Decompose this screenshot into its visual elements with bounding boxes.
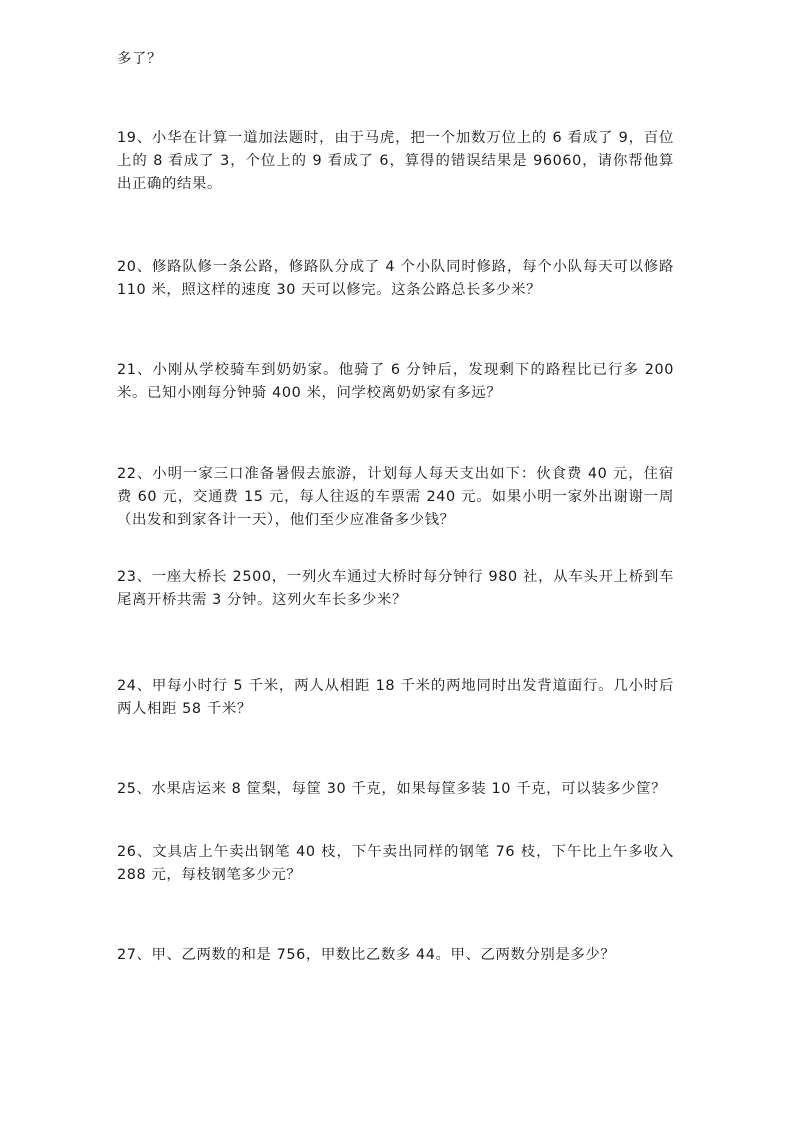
question-20: 20、修路队修一条公路，修路队分成了 4 个小队同时修路，每个小队每天可以修路 … — [117, 256, 674, 302]
question-26: 26、文具店上午卖出钢笔 40 枝，下午卖出同样的钢笔 76 枝，下午比上午多收… — [117, 841, 674, 887]
question-25: 25、水果店运来 8 筐梨，每筐 30 千克，如果每筐多装 10 千克，可以装多… — [117, 778, 674, 801]
question-24: 24、甲每小时行 5 千米，两人从相距 18 千米的两地同时出发背道面行。几小时… — [117, 675, 674, 721]
document-page: 多了？ 19、小华在计算一道加法题时，由于马虎，把一个加数万位上的 6 看成了 … — [0, 0, 793, 1122]
continuation-text: 多了？ — [117, 48, 674, 71]
question-21: 21、小刚从学校骑车到奶奶家。他骑了 6 分钟后，发现剩下的路程比已行多 200… — [117, 359, 674, 405]
question-27: 27、甲、乙两数的和是 756，甲数比乙数多 44。甲、乙两数分别是多少？ — [117, 944, 674, 967]
question-23: 23、一座大桥长 2500，一列火车通过大桥时每分钟行 980 社，从车头开上桥… — [117, 566, 674, 612]
question-19: 19、小华在计算一道加法题时，由于马虎，把一个加数万位上的 6 看成了 9，百位… — [117, 127, 674, 196]
question-22: 22、小明一家三口准备暑假去旅游，计划每人每天支出如下：伙食费 40 元，住宿费… — [117, 463, 674, 532]
